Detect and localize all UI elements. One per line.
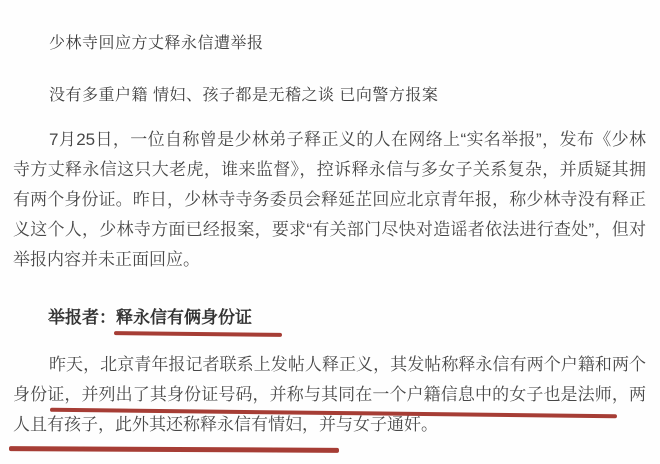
article-paragraph-2: 昨天，北京青年报记者联系上发帖人释正义，其发帖称释永信有两个户籍和两个身份证，并… bbox=[13, 350, 646, 440]
article-page: 少林寺回应方丈释永信遭举报 没有多重户籍 情妇、孩子都是无稽之谈 已向警方报案 … bbox=[0, 0, 660, 464]
article-subtitle: 没有多重户籍 情妇、孩子都是无稽之谈 已向警方报案 bbox=[49, 85, 438, 107]
article-title: 少林寺回应方丈释永信遭举报 bbox=[49, 33, 264, 55]
section-heading-prefix: 举报者： bbox=[48, 308, 116, 327]
article-paragraph-1: 7月25日，一位自称曾是少林弟子释正义的人在网络上“实名举报”，发布《少林寺方丈… bbox=[13, 125, 646, 275]
red-underline-paragraph-line-2 bbox=[9, 446, 339, 453]
section-heading-highlight: 释永信有俩身份证 bbox=[116, 308, 252, 327]
section-heading: 举报者：释永信有俩身份证 bbox=[48, 306, 252, 330]
red-underline-heading bbox=[114, 331, 282, 337]
